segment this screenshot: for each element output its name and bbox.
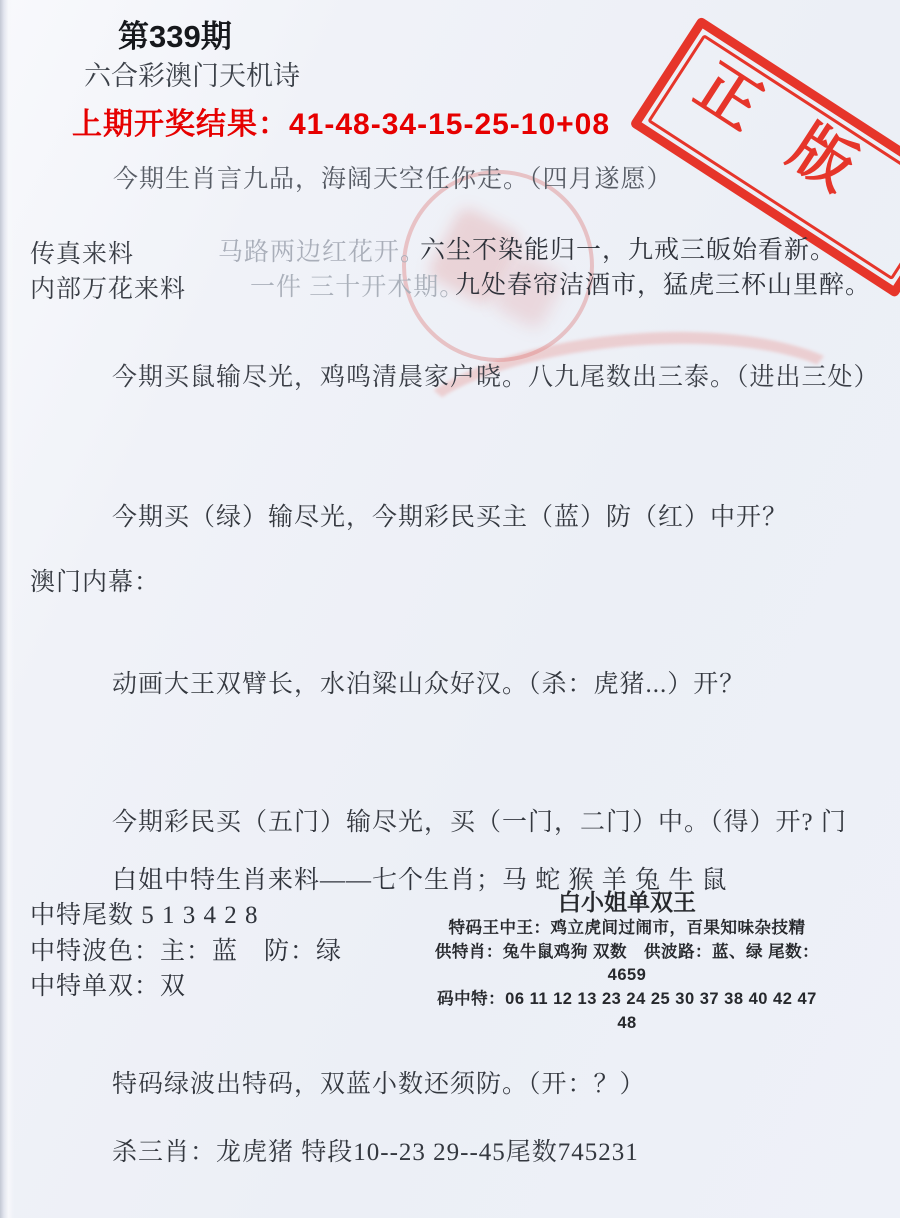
internal-source-faint-text: 一件 三十开木期。 xyxy=(250,272,465,303)
fax-source-poem-text: 六尘不染能归一，九戒三皈始看新。 xyxy=(420,235,836,266)
zhongte-odd-even-line: 中特单双：双 xyxy=(30,971,186,1002)
baixiaojie-title: 白小姐单双王 xyxy=(428,888,826,917)
wave-color-advice-line: 今期买（绿）输尽光，今期彩民买主（蓝）防（红）中开？ xyxy=(112,502,788,533)
fax-source-faint-text: 马路两边红花开。 xyxy=(218,237,426,268)
baixiaojie-block: 白小姐单双王 特码王中王：鸡立虎间过闹市，百果知味杂技精 供特肖：兔牛鼠鸡狗 双… xyxy=(428,888,826,1036)
special-code-king-line: 特码王中王：鸡立虎间过闹市，百果知味杂技精 xyxy=(428,917,826,941)
macau-insider-label: 澳门内幕： xyxy=(30,567,160,598)
code-special-numbers-line: 码中特：06 11 12 13 23 24 25 30 37 38 40 42 … xyxy=(428,988,826,1036)
last-draw-result-label: 上期开奖结果： xyxy=(72,108,289,141)
page-left-edge-shading xyxy=(0,0,14,1218)
zodiac-wave-tail-line: 供特肖：兔牛鼠鸡狗 双数 供波路：蓝、绿 尾数：4659 xyxy=(428,941,826,989)
zhongte-wave-color-line: 中特波色：主：蓝 防：绿 xyxy=(30,936,342,967)
issue-number-title: 第339期 xyxy=(118,18,232,57)
green-wave-poem-line: 特码绿波出特码，双蓝小数还须防。（开：？） xyxy=(112,1069,646,1100)
zodiac-poem-line: 今期生肖言九品，海阔天空任你走。（四月遂愿） xyxy=(113,164,673,195)
internal-source-poem-text: 九处春帘洁酒市，猛虎三杯山里醉。 xyxy=(455,270,871,301)
buy-rat-poem-line: 今期买鼠输尽光，鸡鸣清晨家户晓。八九尾数出三泰。（进出三处） xyxy=(112,362,880,393)
fax-source-label: 传真来料 xyxy=(30,239,134,270)
last-draw-result-line: 上期开奖结果：41-48-34-15-25-10+08 xyxy=(72,106,610,144)
five-door-advice-line: 今期彩民买（五门）输尽光，买（一门，二门）中。（得）开? 门 xyxy=(112,807,847,838)
cartoon-king-poem-line: 动画大王双臂长，水泊粱山众好汉。（杀：虎猪...）开？ xyxy=(112,669,745,700)
zhongte-tail-numbers-line: 中特尾数 5 1 3 4 2 8 xyxy=(30,900,259,931)
internal-source-label: 内部万花来料 xyxy=(30,274,186,305)
last-draw-result-numbers: 41-48-34-15-25-10+08 xyxy=(289,108,610,141)
doc-subtitle: 六合彩澳门天机诗 xyxy=(84,60,300,94)
kill-three-zodiac-line: 杀三肖：龙虎猪 特段10--23 29--45尾数745231 xyxy=(112,1137,639,1168)
lottery-tip-sheet: 第339期 六合彩澳门天机诗 上期开奖结果：41-48-34-15-25-10+… xyxy=(0,0,900,1218)
